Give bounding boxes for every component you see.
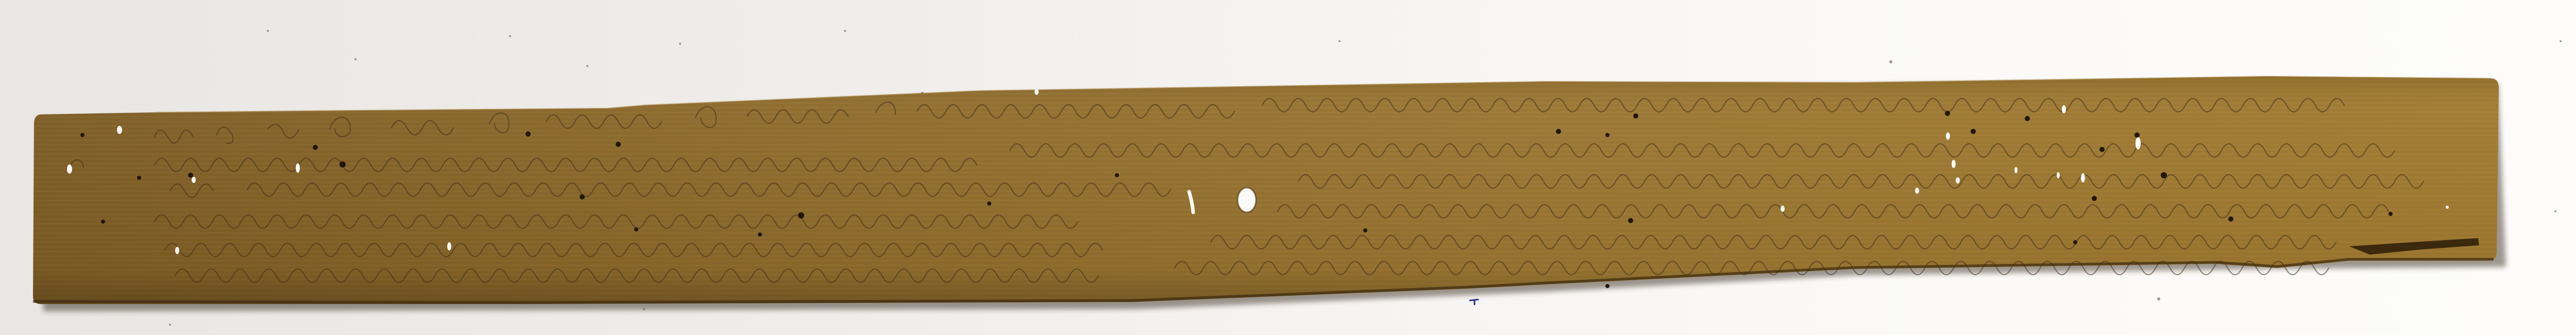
stray-mark: [1469, 299, 1479, 305]
manuscript-photo: [0, 0, 2576, 335]
palm-leaf: [0, 0, 2576, 335]
